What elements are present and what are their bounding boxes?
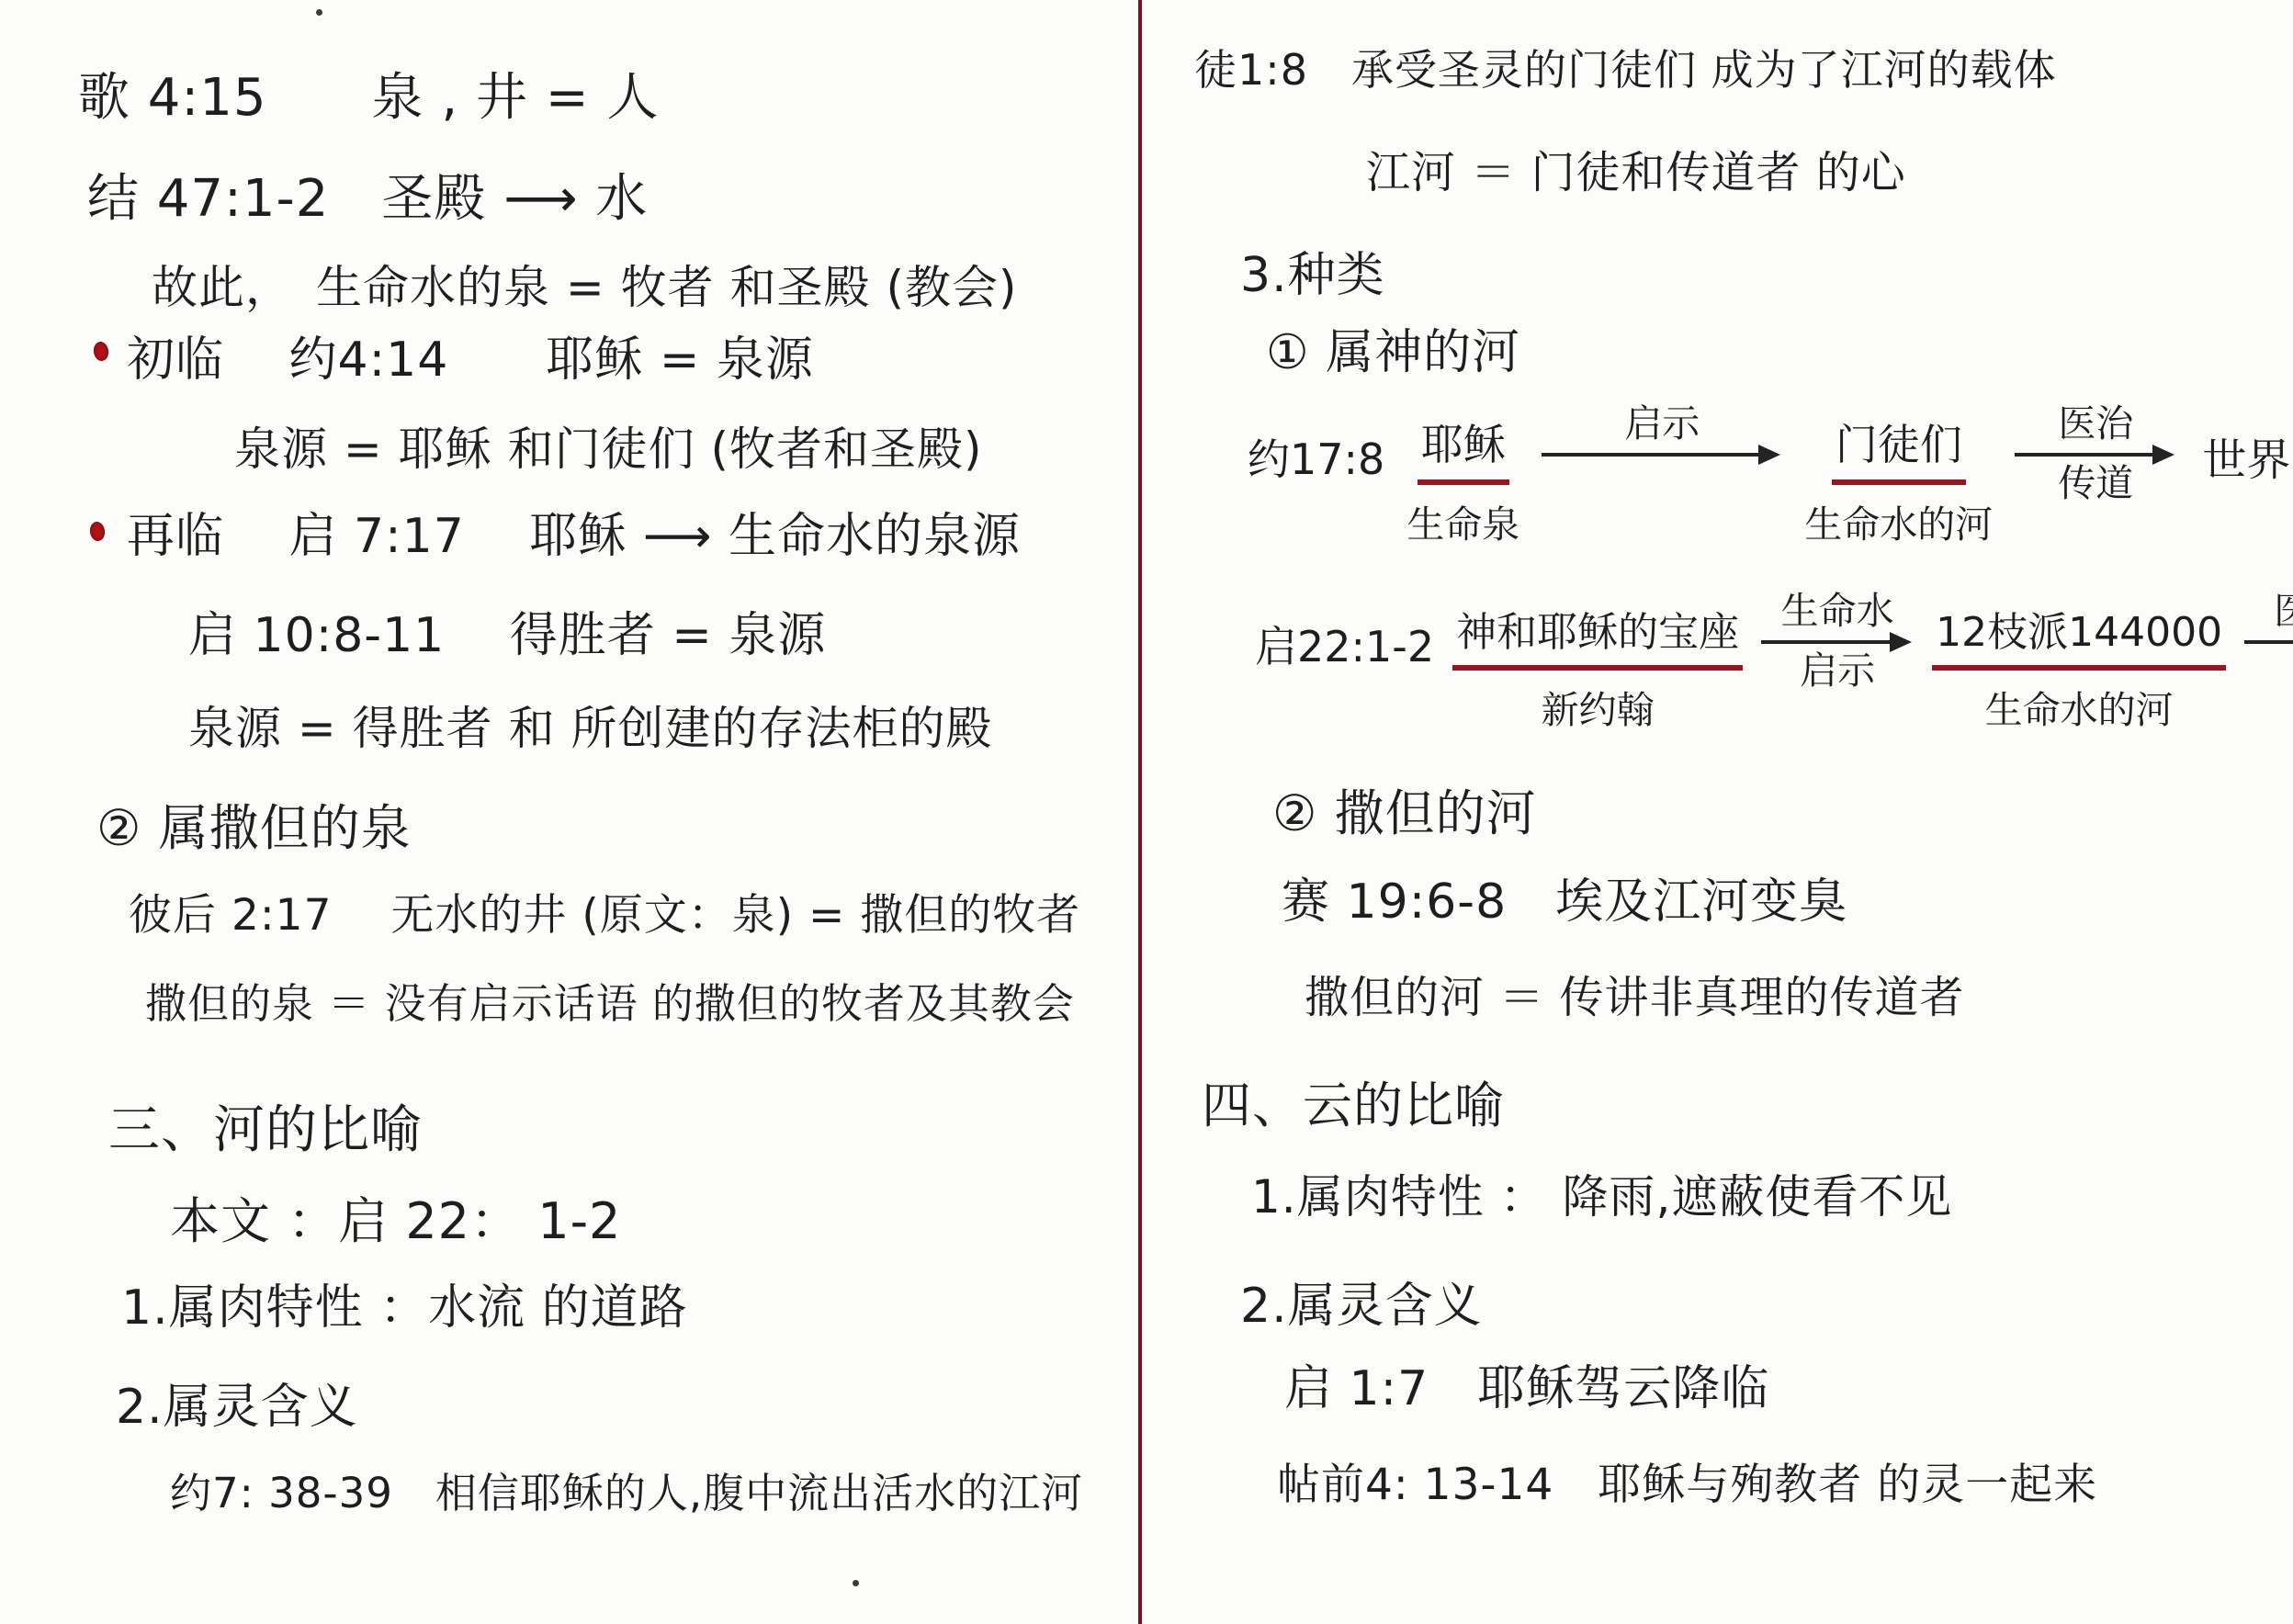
arrow-shaft xyxy=(2015,453,2152,457)
arrow-bottom-label: 传道 xyxy=(2058,462,2133,505)
note-line: ② 属撒但的泉 xyxy=(96,797,412,860)
flow-diagram-john17-8: 约17:8 耶稣 生命泉 启示 门徒们 生命水的河 医治 传道 世界 xyxy=(1248,412,2293,548)
arrow-top-label: 生命水 xyxy=(1781,590,1894,633)
arrow-revelation: 启示 xyxy=(1542,402,1782,462)
arrow-top-label: 医治 xyxy=(2058,402,2133,445)
note-line: 启 10:8-11 得胜者 = 泉源 xyxy=(188,606,826,666)
note-line: 泉源 = 得胜者 和 所创建的存法柜的殿 xyxy=(188,700,992,758)
arrow-lifewater-revelation: 生命水 启示 xyxy=(1761,590,1914,693)
note-line: ② 撒但的河 xyxy=(1272,783,1537,845)
arrow-shaft xyxy=(1761,640,1890,644)
note-line: 本文 ：启 22： 1-2 xyxy=(170,1190,621,1253)
ink-speck xyxy=(316,9,322,16)
arrow-heal: 医治 xyxy=(2244,590,2293,649)
note-line: 三、河的比喻 xyxy=(108,1099,423,1163)
note-line: 约7: 38-39 相信耶稣的人,腹中流出活水的江河 xyxy=(170,1468,1083,1519)
arrow-heal-preach: 医治 传道 xyxy=(2015,402,2176,505)
arrow-top-label: 启示 xyxy=(1624,402,1700,445)
node-top-label: 门徒们 xyxy=(1832,412,1966,485)
scripture-ref: 约17:8 xyxy=(1248,426,1384,487)
node-top-label: 世界 xyxy=(2198,424,2293,495)
note-line: 泉源 = 耶稣 和门徒们 (牧者和圣殿) xyxy=(234,421,982,479)
note-line: 2.属灵含义 xyxy=(1240,1277,1483,1336)
note-line: 江河 ＝ 门徒和传道者 的心 xyxy=(1366,145,1906,200)
note-line: 故此， 生命水的泉 = 牧者 和圣殿 (教会) xyxy=(152,259,1017,317)
red-bullet-dot xyxy=(89,521,107,542)
note-line: 再临 启 7:17 耶稣 ⟶ 生命水的泉源 xyxy=(127,507,1021,567)
arrow-top-label: 医治 xyxy=(2274,590,2293,633)
note-line: 四、云的比喻 xyxy=(1202,1075,1505,1137)
page-divider-line xyxy=(1138,0,1142,1624)
diagram-node-world: 世界 xyxy=(2198,412,2293,495)
ink-speck xyxy=(853,1580,859,1586)
node-bottom-label: 新约翰 xyxy=(1542,680,1655,734)
note-line: ① 属神的河 xyxy=(1266,323,1520,383)
node-bottom-label: 生命水的河 xyxy=(1804,494,1993,548)
arrow-shaft xyxy=(2244,640,2293,644)
node-top-label: 耶稣 xyxy=(1418,412,1509,485)
note-line: 初临 约4:14 耶稣 = 泉源 xyxy=(127,331,814,390)
note-line: 歌 4:15 泉 , 井 = 人 xyxy=(78,66,659,130)
note-line: 帖前4: 13-14 耶稣与殉教者 的灵一起来 xyxy=(1277,1459,2097,1513)
diagram-node-throne: 神和耶稣的宝座 新约翰 xyxy=(1452,599,1743,734)
note-line: 1.属肉特性 ：水流 的道路 xyxy=(121,1279,688,1338)
node-top-label: 神和耶稣的宝座 xyxy=(1452,599,1743,671)
red-bullet-dot xyxy=(93,341,110,362)
node-top-label: 12枝派144000 xyxy=(1932,599,2226,671)
diagram-node-disciples: 门徒们 生命水的河 xyxy=(1804,412,1993,548)
arrow-shaft xyxy=(1542,453,1758,457)
note-line: 1.属肉特性 ： 降雨,遮蔽使看不见 xyxy=(1251,1168,1952,1226)
arrow-bottom-label: 启示 xyxy=(1800,649,1875,693)
diagram-node-jesus: 耶稣 生命泉 xyxy=(1406,412,1519,548)
note-line: 2.属灵含义 xyxy=(116,1378,358,1438)
note-line: 徒1:8 承受圣灵的门徒们 成为了江河的载体 xyxy=(1194,44,2057,97)
note-line: 结 47:1-2 圣殿 ⟶ 水 xyxy=(87,167,648,231)
note-line: 撒但的河 ＝ 传讲非真理的传道者 xyxy=(1305,970,1965,1025)
note-line: 撒但的泉 ＝ 没有启示话语 的撒但的牧者及其教会 xyxy=(145,978,1075,1030)
diagram-node-144000: 12枝派144000 生命水的河 xyxy=(1932,599,2226,734)
note-line: 启 1:7 耶稣驾云降临 xyxy=(1284,1359,1769,1419)
note-line: 赛 19:6-8 埃及江河变臭 xyxy=(1282,873,1847,932)
node-bottom-label: 生命水的河 xyxy=(1985,680,2174,734)
scripture-ref: 启22:1-2 xyxy=(1255,614,1434,674)
note-line: 彼后 2:17 无水的井 (原文：泉) = 撒但的牧者 xyxy=(129,889,1080,943)
node-bottom-label: 生命泉 xyxy=(1406,494,1519,548)
flow-diagram-rev22-1-2: 启22:1-2 神和耶稣的宝座 新约翰 生命水 启示 12枝派144000 生命… xyxy=(1255,599,2293,734)
scanned-notes-page: 歌 4:15 泉 , 井 = 人结 47:1-2 圣殿 ⟶ 水故此， 生命水的泉… xyxy=(0,0,2293,1624)
note-line: 3.种类 xyxy=(1240,246,1385,306)
